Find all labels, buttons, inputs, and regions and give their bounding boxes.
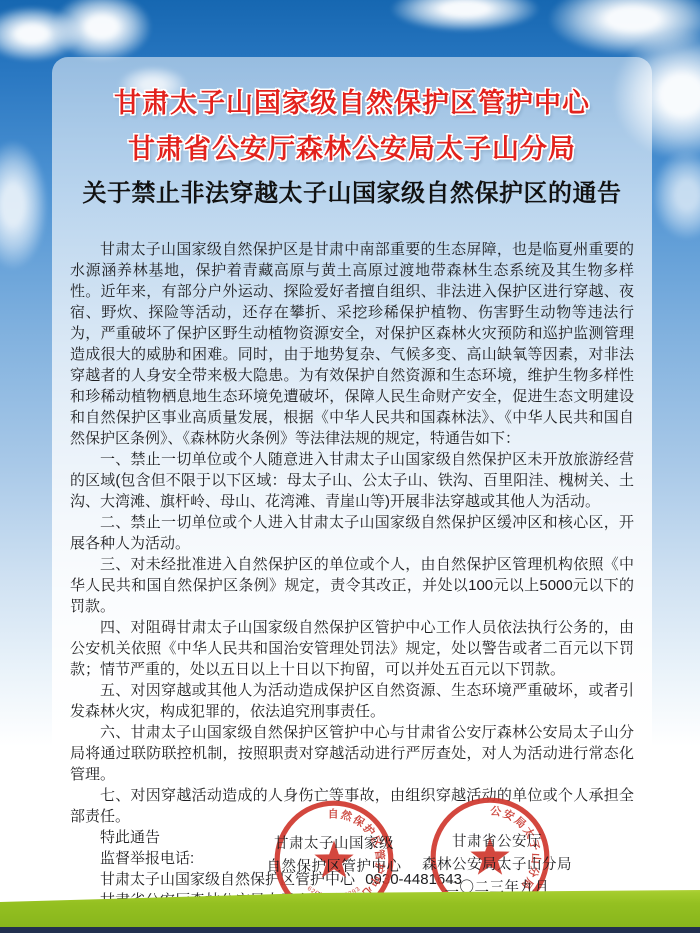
- org-name-line1: 甘肃太子山国家级自然保护区管护中心: [52, 57, 652, 121]
- paragraph-item-2: 二、禁止一切单位或个人进入甘肃太子山国家级自然保护区缓冲区和核心区，开展各种人为…: [70, 512, 634, 554]
- signature-line: 甘肃省公安厅: [393, 831, 601, 854]
- paragraph-item-1: 一、禁止一切单位或个人随意进入甘肃太子山国家级自然保护区未开放旅游经营的区域(包…: [70, 449, 634, 512]
- notice-poster: 甘肃太子山国家级自然保护区管护中心 甘肃省公安厅森林公安局太子山分局 关于禁止非…: [0, 0, 700, 933]
- paragraph-intro: 甘肃太子山国家级自然保护区是甘肃中南部重要的生态屏障，也是临夏州重要的水源涵养林…: [70, 239, 634, 449]
- signature-line: 森林公安局太子山分局: [393, 854, 601, 877]
- notice-title: 关于禁止非法穿越太子山国家级自然保护区的通告: [52, 177, 652, 211]
- signature-police: 甘肃省公安厅 森林公安局太子山分局 二〇二三年九月: [393, 831, 601, 900]
- paragraph-item-6: 六、甘肃太子山国家级自然保护区管护中心与甘肃省公安厅森林公安局太子山分局将通过联…: [70, 722, 634, 785]
- paragraph-item-5: 五、对因穿越或其他人为活动造成保护区自然资源、生态环境严重破坏，或者引发森林火灾…: [70, 680, 634, 722]
- paragraph-item-4: 四、对阻碍甘肃太子山国家级自然保护区管护中心工作人员依法执行公务的，由公安机关依…: [70, 617, 634, 680]
- notice-panel: 甘肃太子山国家级自然保护区管护中心 甘肃省公安厅森林公安局太子山分局 关于禁止非…: [52, 57, 652, 870]
- org-name-line2: 甘肃省公安厅森林公安局太子山分局: [52, 131, 652, 167]
- paragraph-item-3: 三、对未经批准进入自然保护区的单位或个人，由自然保护区管理机构依照《中华人民共和…: [70, 554, 634, 617]
- bottom-border-strip: [0, 927, 700, 933]
